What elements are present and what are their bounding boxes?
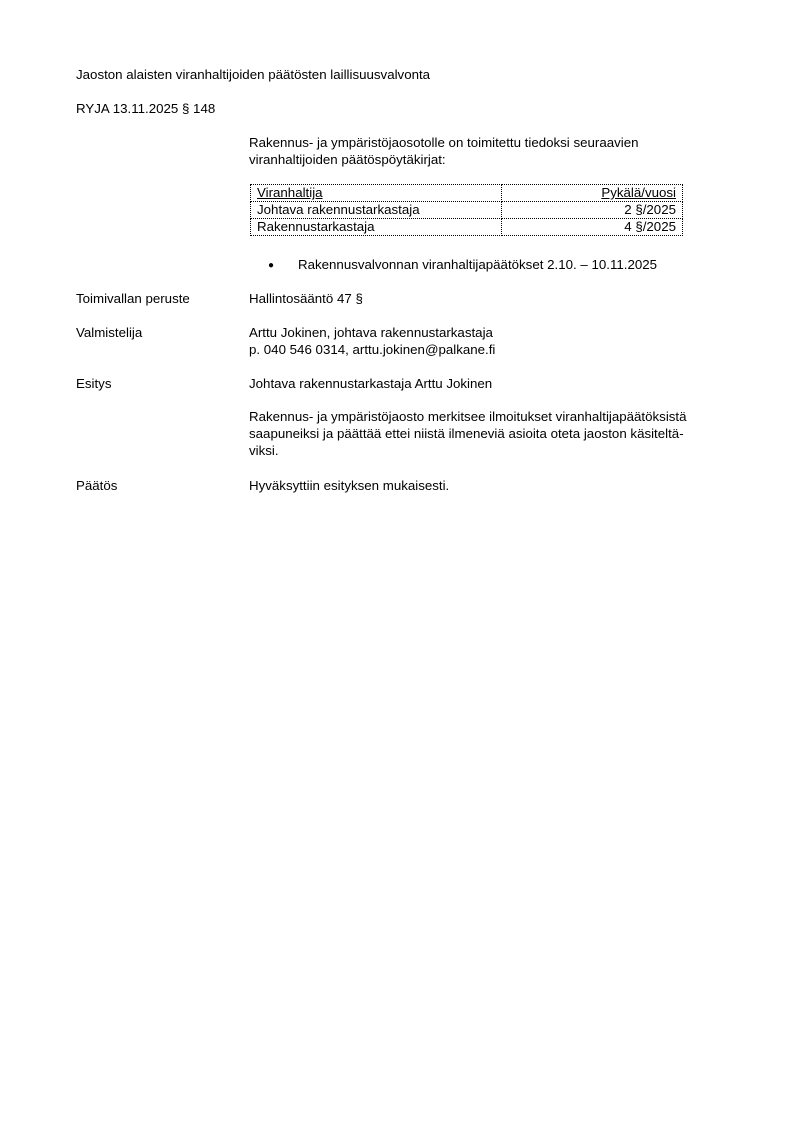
table-header-row: Viranhaltija Pykälä/vuosi [251,185,683,202]
section-content: Johtava rakennustarkastaja Arttu Jokinen [249,375,739,392]
reference-number: RYJA 13.11.2025 § 148 [76,100,215,117]
table-cell: 2 §/2025 [502,202,683,219]
section-label: Toimivallan peruste [76,290,190,307]
section-label: Esitys [76,375,111,392]
table-header-cell: Pykälä/vuosi [502,185,683,202]
section-label: Päätös [76,477,117,494]
table-cell: Rakennustarkastaja [251,219,502,236]
intro-paragraph: Rakennus- ja ympäristöjaosotolle on toim… [249,134,739,168]
table-row: Johtava rakennustarkastaja 2 §/2025 [251,202,683,219]
proposal-paragraph: Rakennus- ja ympäristöjaosto merkitsee i… [249,408,739,459]
table-row: Rakennustarkastaja 4 §/2025 [251,219,683,236]
table-header-cell: Viranhaltija [251,185,502,202]
bullet-item: Rakennusvalvonnan viranhaltijapäätökset … [298,256,657,273]
section-content: Hyväksyttiin esityksen mukaisesti. [249,477,739,494]
table-cell: 4 §/2025 [502,219,683,236]
bullet-icon: ● [268,257,274,274]
decisions-table: Viranhaltija Pykälä/vuosi Johtava rakenn… [250,184,683,236]
section-label: Valmistelija [76,324,142,341]
intro-line: viranhaltijoiden päätöspöytäkirjat: [249,151,739,168]
section-content: Hallintosääntö 47 § [249,290,739,307]
document-title: Jaoston alaisten viranhaltijoiden päätös… [76,66,430,83]
table-cell: Johtava rakennustarkastaja [251,202,502,219]
section-content: Arttu Jokinen, johtava rakennustarkastaj… [249,324,739,358]
intro-line: Rakennus- ja ympäristöjaosotolle on toim… [249,134,739,151]
